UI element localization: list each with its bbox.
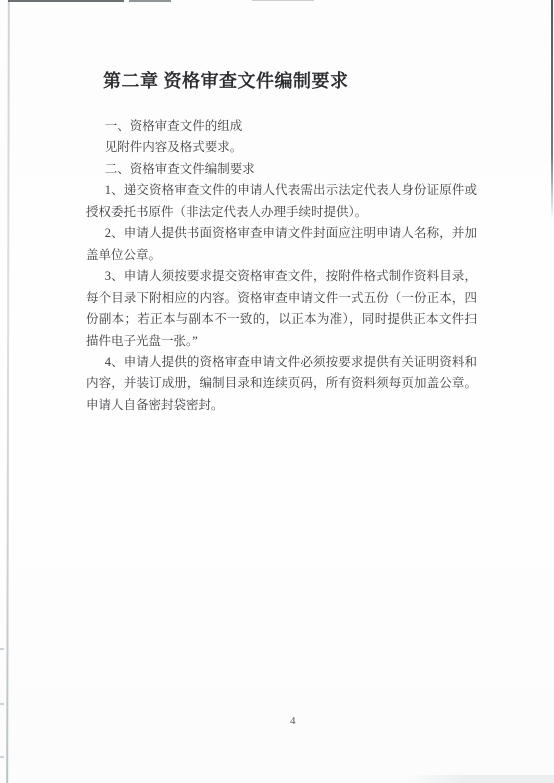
paragraph: 2、申请人提供书面资格审查申请文件封面应注明申请人名称，并加盖单位公章。 [86, 223, 477, 266]
document-content: 第二章 资格审查文件编制要求 一、资格审查文件的组成 见附件内容及格式要求。 二… [86, 70, 477, 416]
scan-corner-smudge [404, 775, 554, 783]
scan-edge-left-line [6, 0, 10, 783]
document-body: 一、资格审查文件的组成 见附件内容及格式要求。 二、资格审查文件编制要求 1、递… [86, 116, 477, 416]
scan-artifact-tick [0, 756, 4, 758]
scan-edge-top-segment [8, 0, 124, 2]
paragraph: 3、申请人须按要求提交资格审查文件，按附件格式制作资料目录，每个目录下附相应的内… [86, 266, 477, 352]
scan-edge-right-line [551, 0, 553, 220]
scan-edge-top-segment [129, 0, 171, 2]
scan-edge-top-segment [252, 0, 314, 1]
section-heading: 二、资格审查文件编制要求 [86, 159, 477, 180]
paragraph: 见附件内容及格式要求。 [86, 137, 477, 158]
section-heading: 一、资格审查文件的组成 [86, 116, 477, 137]
page-number: 4 [86, 715, 500, 727]
scanned-document-page: 第二章 资格审查文件编制要求 一、资格审查文件的组成 见附件内容及格式要求。 二… [0, 0, 554, 783]
paragraph: 4、申请人提供的资格审查申请文件必须按要求提供有关证明资料和内容，并装订成册，编… [86, 352, 477, 416]
paragraph: 1、递交资格审查文件的申请人代表需出示法定代表人身份证原件或授权委托书原件（非法… [86, 180, 477, 223]
scan-artifact-tick [0, 703, 4, 705]
chapter-title: 第二章 资格审查文件编制要求 [103, 70, 477, 92]
scan-artifact-tick [0, 648, 4, 650]
